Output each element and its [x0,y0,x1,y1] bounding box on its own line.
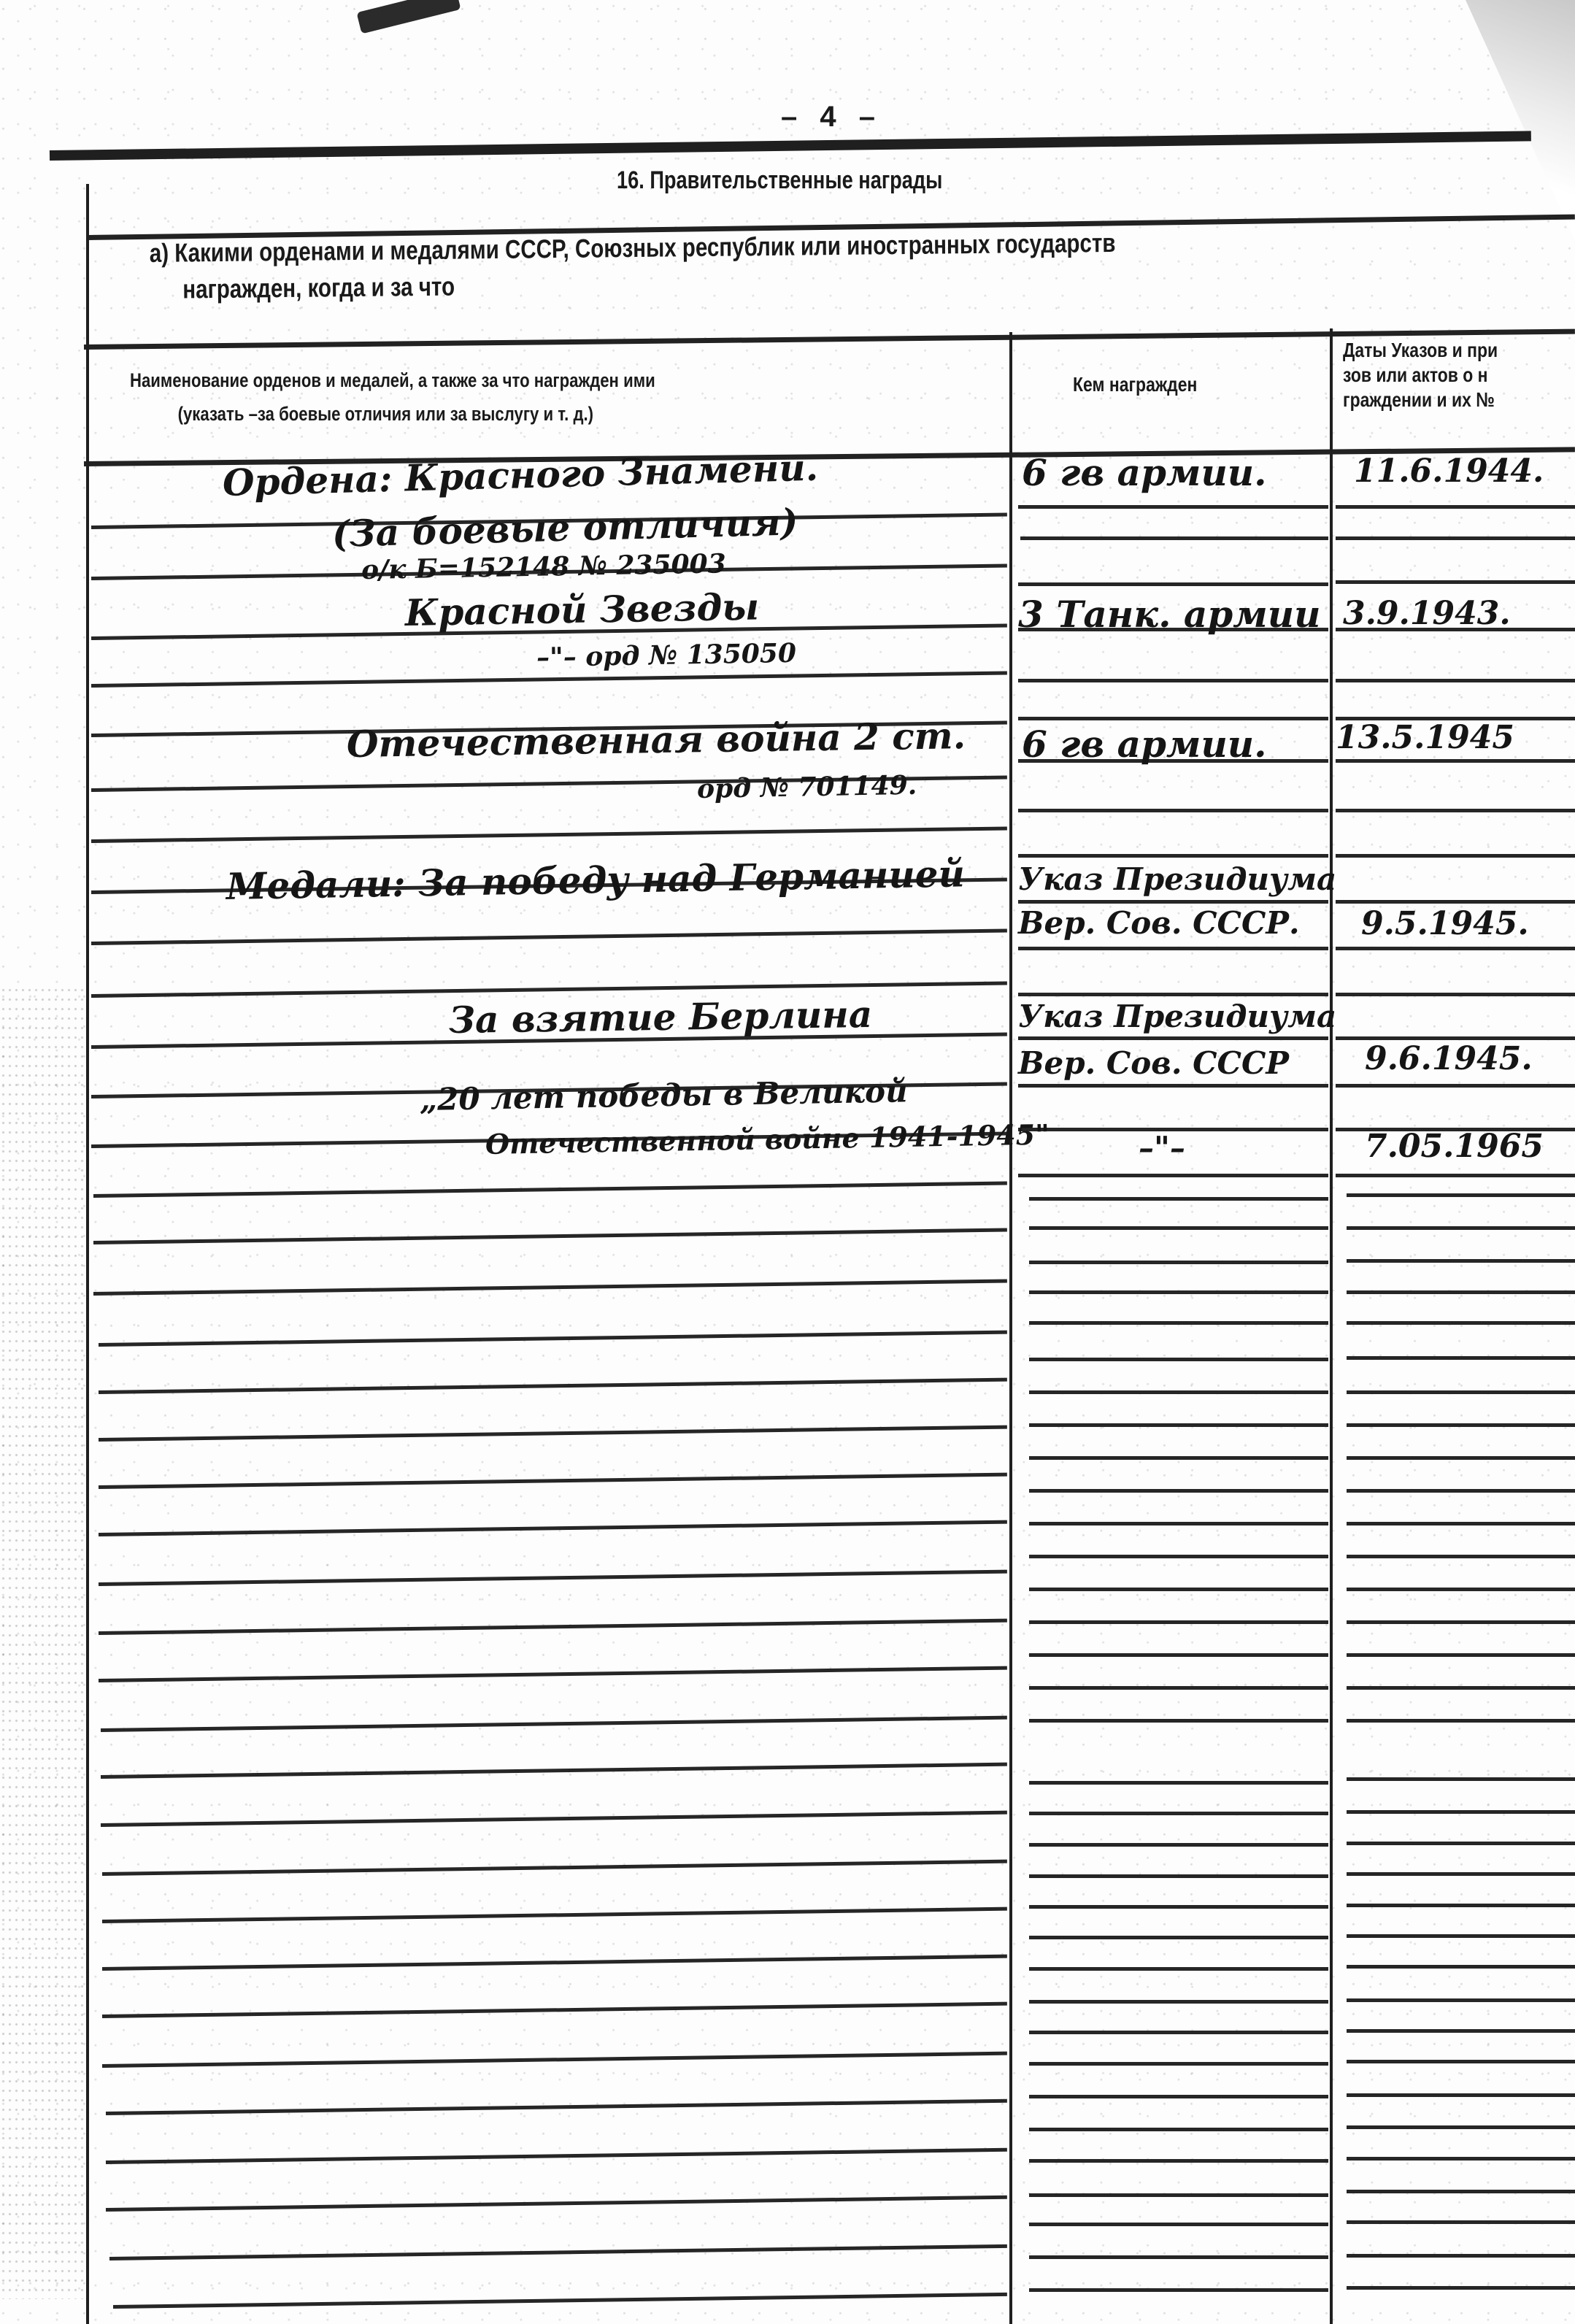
awarded-by: 6 гв армии. [1022,451,1267,494]
ruled-line [1347,2060,1575,2063]
header-line: (указать –за боевые отличия или за выслу… [130,397,979,431]
section-title: 16. Правительственные награды [617,166,942,195]
ruled-line [99,1570,1007,1586]
ruled-line [99,1666,1007,1682]
ruled-line [106,2148,1007,2164]
awarded-by: 6 гв армии. [1022,723,1267,766]
ruled-line [1347,1965,1575,1969]
scan-edge-noise [0,985,88,2299]
award-order-number: орд № 701149. [697,770,917,804]
ruled-line [1018,717,1328,720]
awards-question: а) Какими орденами и медалями СССР, Союз… [150,225,1116,308]
ruled-line [1347,1810,1575,1814]
ruled-line [1029,1197,1328,1201]
award-date: 11.6.1944. [1354,453,1544,490]
ruled-line [1018,809,1328,812]
ruled-line [1347,2029,1575,2033]
ruled-line [1018,854,1328,858]
ruled-line [1029,1620,1328,1624]
award-date: 13.5.1945 [1336,719,1514,756]
ruled-line [1029,1843,1328,1847]
ruled-line [1029,1812,1328,1815]
ruled-line [1029,2159,1328,2163]
ruled-line [1347,2286,1575,2290]
ruled-line [1347,2220,1575,2224]
ruled-line [1029,1261,1328,1264]
ruled-line [1336,1174,1575,1177]
award-name: Медали: За победу над Германией [226,852,965,908]
award-name: Отечественная война 2 ст. [347,714,966,766]
ruled-line [1029,2031,1328,2034]
ruled-line [1336,759,1575,763]
ruled-line [1347,2125,1575,2129]
ruled-line [1029,1781,1328,1785]
ruled-line [1029,1226,1328,1230]
ruled-line [101,1716,1007,1732]
ruled-line [1347,1259,1575,1263]
ruled-line [1018,582,1328,586]
ruled-line [1029,1686,1328,1690]
scanned-form-page: – 4 – 16. Правительственные награды а) К… [0,0,1575,2324]
page-curl [1466,0,1575,241]
ruled-line [1020,536,1328,540]
ruled-line [99,1520,1007,1536]
ruled-line [1029,2288,1328,2292]
ruled-line [1347,1321,1575,1325]
ruled-line [1029,2255,1328,2259]
ruled-line [1018,1174,1328,1177]
top-border-rule [50,131,1531,161]
ruled-line [1029,1588,1328,1591]
award-name: Ордена: Красного Знамени. [222,446,819,504]
ruled-line [1018,1084,1328,1088]
ruled-line [1029,1719,1328,1723]
ruled-line [1347,1390,1575,1394]
ruled-line [1347,1872,1575,1876]
award-date: 7.05.1965 [1365,1128,1544,1165]
awarded-by: 3 Танк. армии [1018,593,1321,636]
ruled-line [1029,2193,1328,2197]
ruled-line [1336,1084,1575,1088]
ruled-line [1347,1653,1575,1657]
ruled-line [1347,1522,1575,1525]
ruled-line [1018,900,1328,904]
ruled-line [1029,1905,1328,1909]
ruled-line [1336,809,1575,812]
ruled-line [1336,854,1575,858]
ruled-line [99,1378,1007,1394]
ruled-line [1336,993,1575,996]
ruled-line [1029,1489,1328,1493]
award-date: 9.6.1945. [1365,1040,1533,1077]
ruled-line [99,1425,1007,1442]
awarded-by-line-1: Указ Президиума [1018,861,1336,897]
ruled-line [1347,1489,1575,1493]
column-divider-2 [1330,328,1333,2324]
ruled-line [1347,1777,1575,1781]
ruled-line [102,1860,1007,1876]
ruled-line [1347,2157,1575,2161]
awarded-by-line-2: Вер. Сов. СССР. [1018,905,1300,941]
award-reason: (За боевые отличия) [331,500,798,555]
award-name-line-1: „20 лет победы в Великой [420,1073,908,1117]
awarded-by-line-2: Вер. Сов. СССР [1018,1045,1289,1081]
ruled-line [1347,1423,1575,1427]
ruled-line [1336,505,1575,509]
ruled-line [1029,1874,1328,1878]
ruled-line [1018,993,1328,996]
ruled-line [1018,947,1328,950]
ruled-line [99,1473,1007,1489]
ink-mark [356,0,461,34]
ruled-line [1347,2190,1575,2193]
ruled-line [1336,580,1575,584]
ruled-line [1336,679,1575,682]
ruled-line [1029,1456,1328,1460]
ruled-line [1029,2000,1328,2004]
ruled-line [91,928,1007,945]
award-name-line-2: Отечественной войне 1941-1945" [485,1118,1050,1161]
ruled-line [1029,1290,1328,1294]
ruled-line [1347,1588,1575,1591]
ruled-line [1018,679,1328,682]
ruled-line [91,826,1007,843]
ruled-line [93,1228,1007,1244]
ruled-line [113,2293,1007,2309]
ruled-line [1029,1390,1328,1394]
header-line: Наименование орденов и медалей, а также … [130,363,979,397]
award-order-number: –"– орд № 135050 [536,638,797,673]
award-date: 9.5.1945. [1361,905,1529,942]
column-header-decree-date: Даты Указов и при зов или актов о н граж… [1343,338,1498,412]
ruled-line [1347,1686,1575,1690]
ruled-line [1347,1620,1575,1624]
ruled-line [93,1182,1007,1198]
ruled-line [1347,1193,1575,1197]
ruled-line [1347,2254,1575,2258]
award-date: 3.9.1943. [1343,595,1511,632]
ruled-line [1029,2223,1328,2226]
ruled-line [1347,1456,1575,1460]
award-name: Красной Звезды [404,585,759,634]
ruled-line [1029,1358,1328,1361]
ruled-line [1029,1653,1328,1657]
ruled-line [1347,1934,1575,1938]
ruled-line [106,2196,1007,2212]
ruled-line [99,1619,1007,1635]
ruled-line [1336,947,1575,950]
ruled-line [1347,1842,1575,1845]
ruled-line [1029,1522,1328,1525]
ruled-line [1029,1936,1328,1939]
ruled-line [1018,505,1328,509]
question-line-2: награжден, когда и за что [150,261,1116,308]
ruled-line [1347,1904,1575,1907]
header-line: граждении и их № [1343,388,1498,412]
ruled-line [102,1907,1007,1923]
ruled-line [91,671,1007,688]
header-line: Даты Указов и при [1343,338,1498,363]
ruled-line [1336,900,1575,904]
ruled-line [1347,2093,1575,2097]
ruled-line [1029,2128,1328,2131]
ruled-line [1029,1321,1328,1325]
ruled-line [1347,1719,1575,1723]
ruled-line [1347,1998,1575,2002]
ruled-line [93,1280,1007,1296]
ruled-line [102,1955,1007,1971]
ruled-line [99,1331,1007,1347]
ruled-line [109,2244,1007,2260]
ruled-line [1018,1036,1328,1040]
award-order-number: о/к Б=152148 № 235003 [361,548,726,585]
column-header-awarded-by: Кем награжден [1073,368,1197,401]
ruled-line [102,2002,1007,2018]
ruled-line [1336,536,1575,540]
ruled-line [1347,1356,1575,1360]
ruled-line [1347,1226,1575,1230]
table-left-border [86,184,89,2324]
ruled-line [1029,1423,1328,1427]
ruled-line [102,2052,1007,2068]
ruled-line [101,1763,1007,1779]
question-line-1: а) Какими орденами и медалями СССР, Союз… [150,228,1116,268]
ruled-line [106,2099,1007,2115]
awarded-by: –"– [1139,1130,1185,1166]
column-divider-1 [1009,332,1012,2324]
header-line: зов или актов о н [1343,363,1498,388]
award-name: За взятие Берлина [449,993,873,1042]
ruled-line [101,1811,1007,1827]
ruled-line [1029,1555,1328,1558]
page-number: – 4 – [781,101,882,134]
scan-noise [0,0,1575,2324]
ruled-line [1029,2095,1328,2098]
column-header-award-name: Наименование орденов и медалей, а также … [130,363,979,431]
ruled-line [1347,1555,1575,1558]
ruled-line [1029,1967,1328,1971]
awarded-by-line-1: Указ Президиума [1018,999,1336,1034]
ruled-line [1347,1290,1575,1294]
ruled-line [1029,2062,1328,2066]
